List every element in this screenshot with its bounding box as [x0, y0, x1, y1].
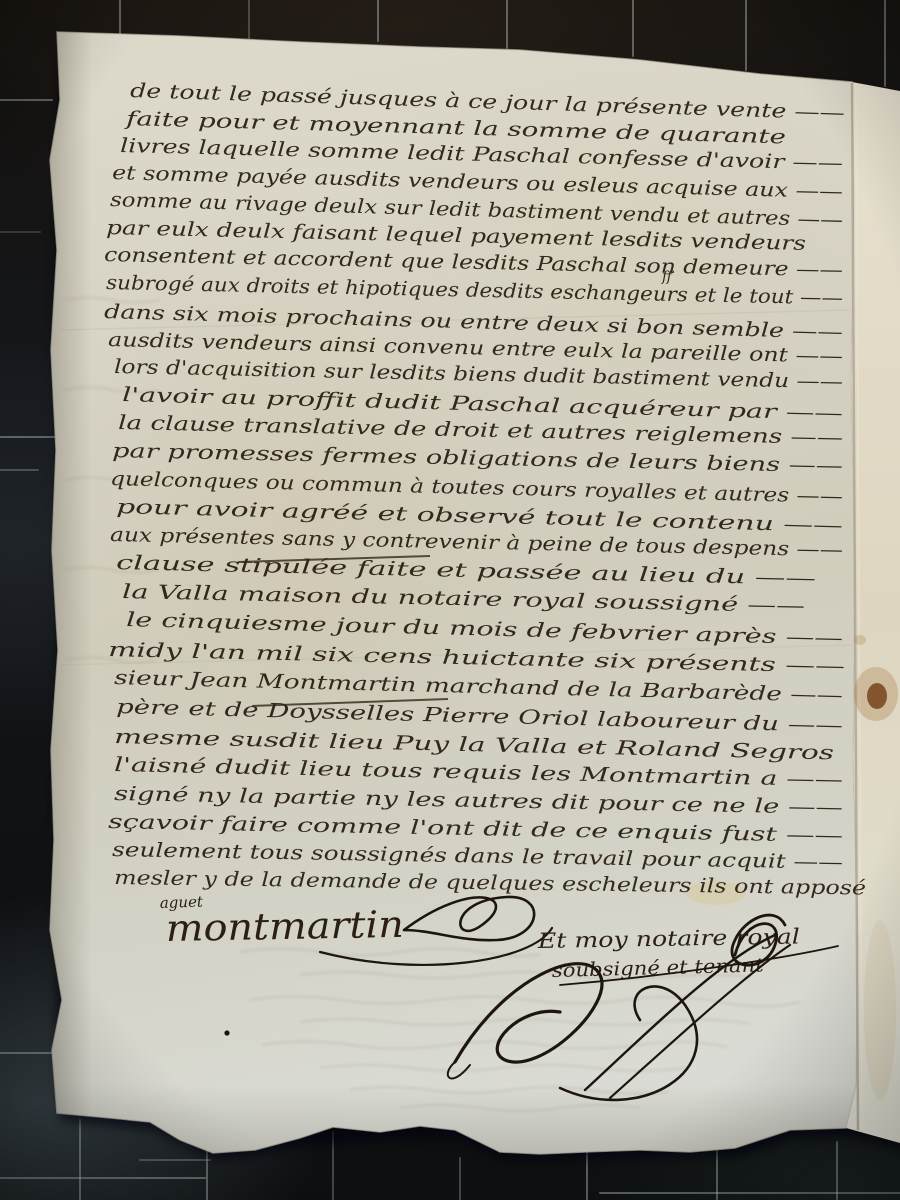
photo-vignette [0, 0, 900, 1200]
photo-manuscript-on-tiles: de tout le passé jusques à ce jour la pr… [0, 0, 900, 1200]
manuscript-photo-canvas: de tout le passé jusques à ce jour la pr… [0, 0, 900, 1200]
